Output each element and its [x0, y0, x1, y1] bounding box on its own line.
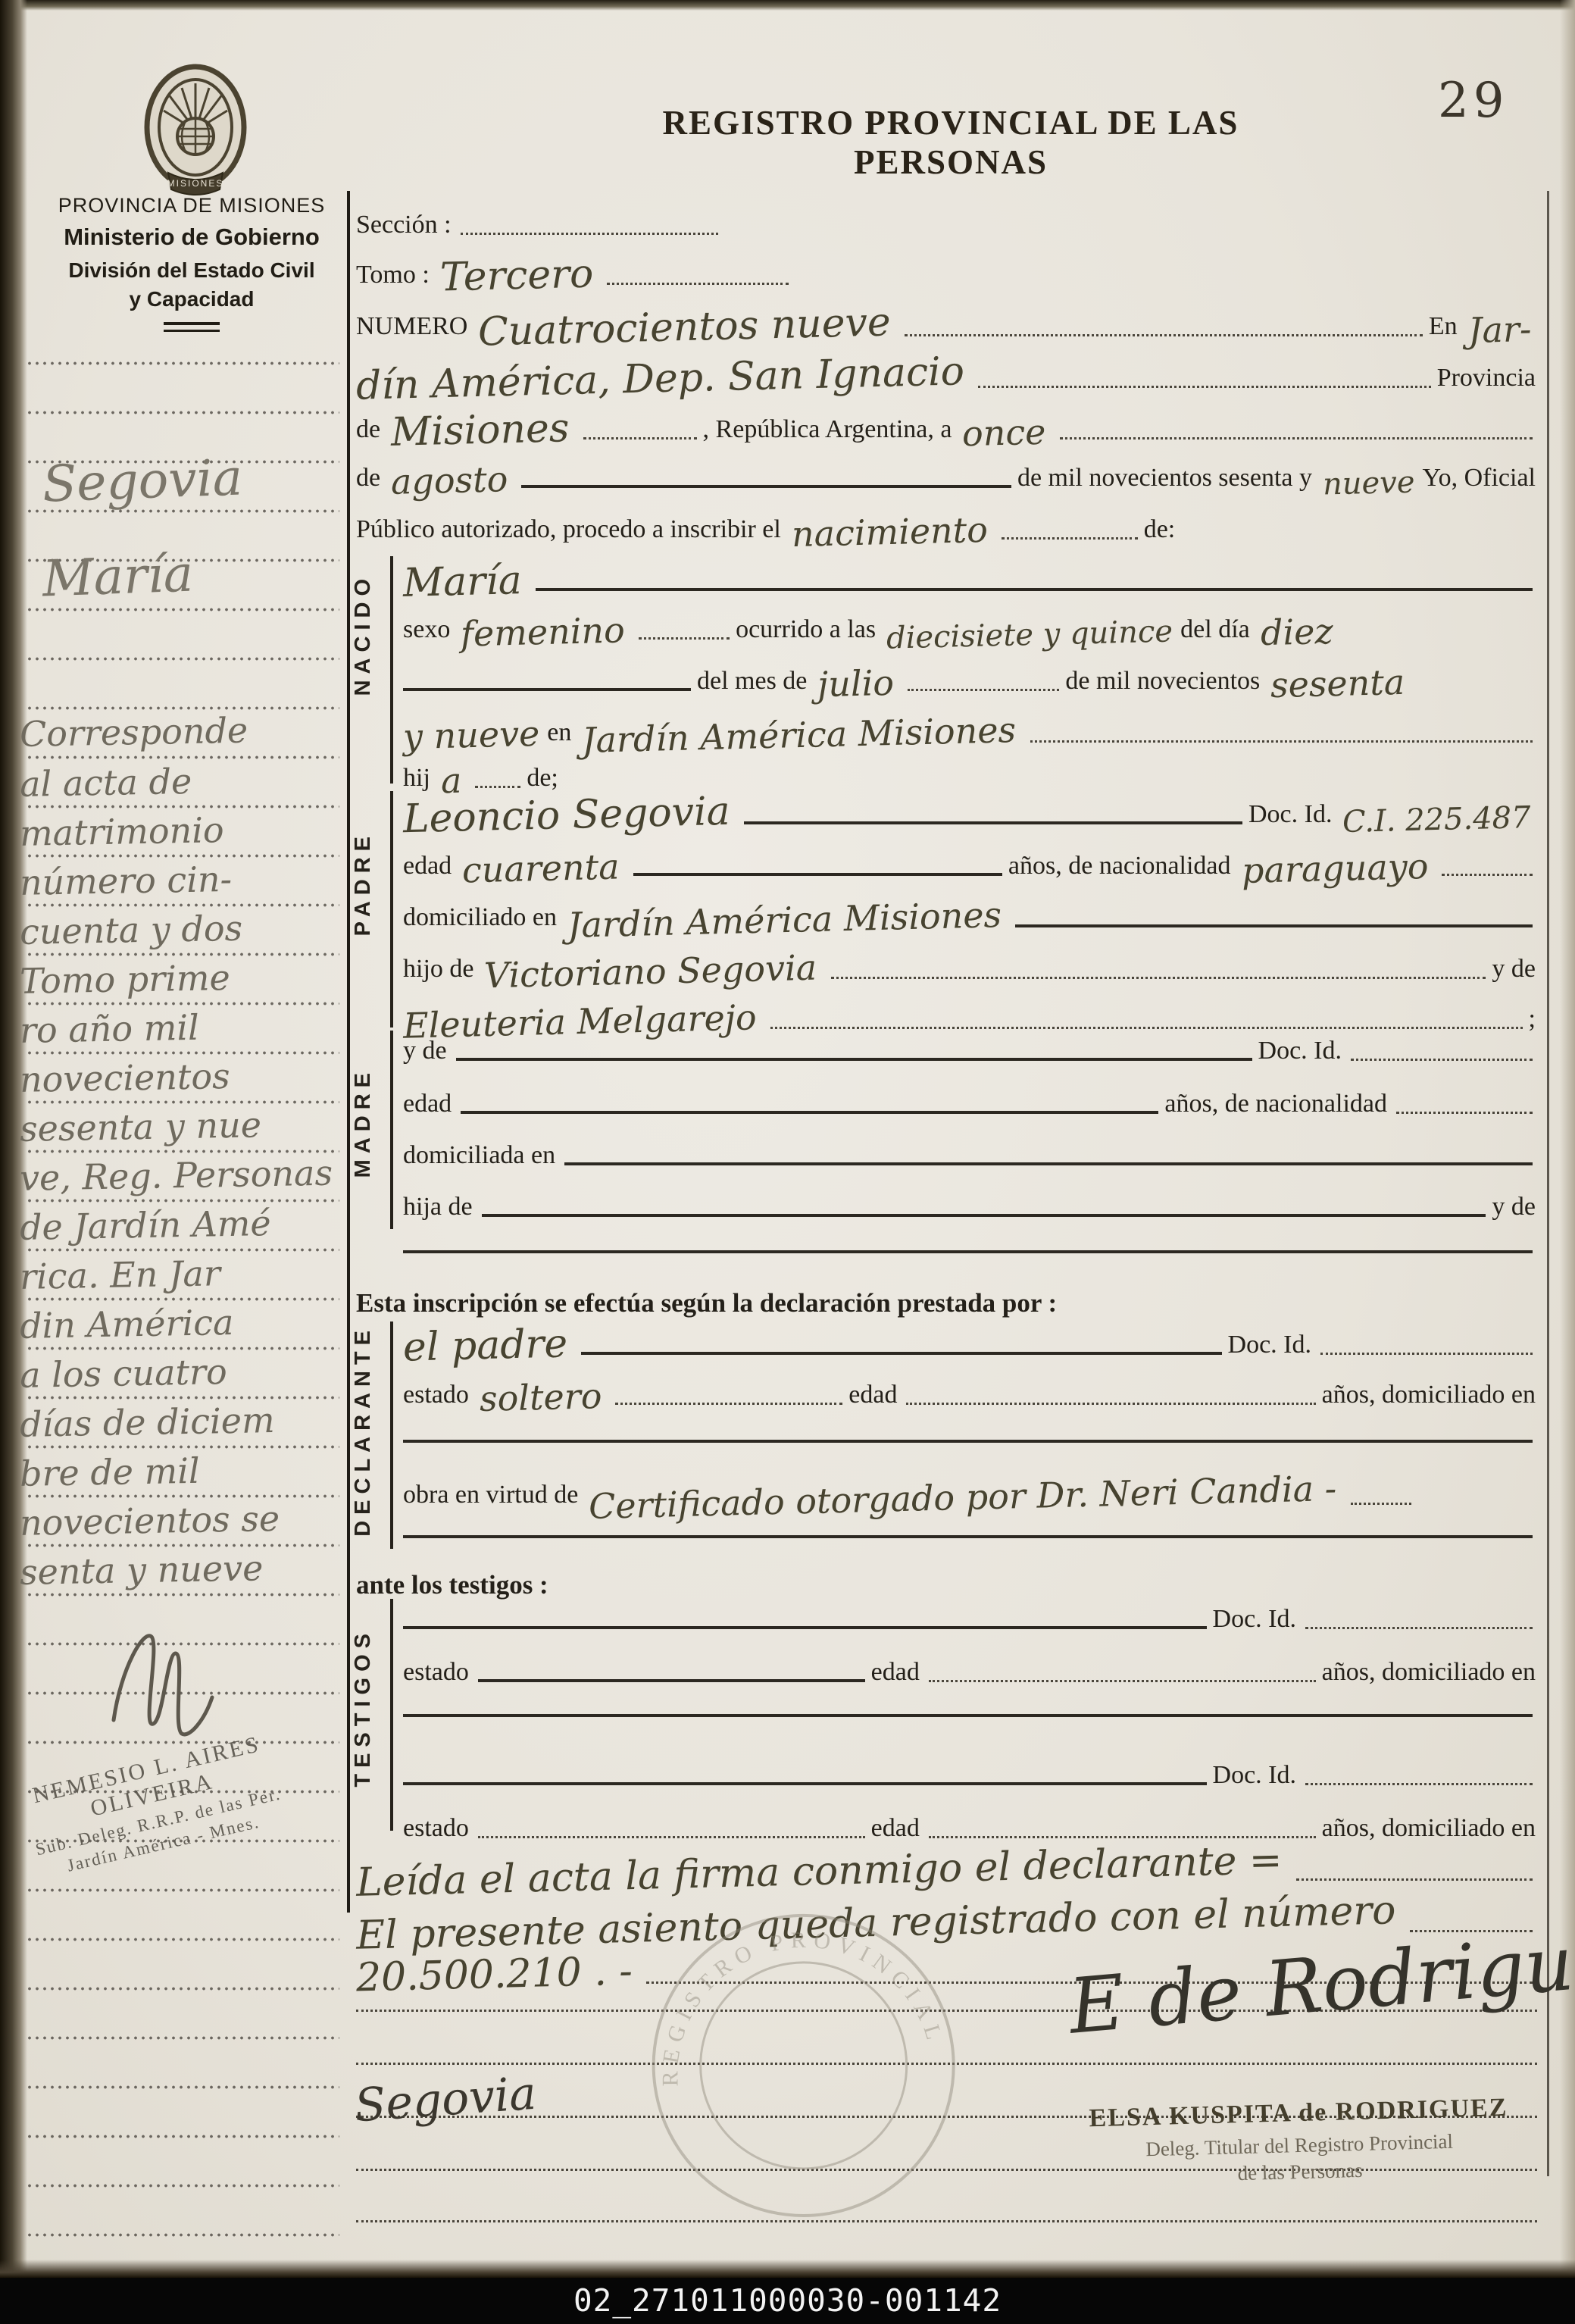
row-madre-blank	[403, 1247, 1539, 1259]
row-testigo1-datos: estado edad años, domiciliado en	[403, 1658, 1539, 1688]
testigo2-edad-label: edad	[871, 1814, 923, 1844]
day-line	[1060, 434, 1533, 439]
hij-line	[475, 783, 520, 788]
row-testigo1: Doc. Id.	[403, 1605, 1539, 1635]
registrant-signature: Segovia	[353, 2067, 538, 2133]
section-label-testigos: TESTIGOS	[351, 1628, 376, 1788]
sexo-label: sexo	[403, 615, 453, 646]
madre-y-de-label: y de	[403, 1037, 450, 1067]
letterhead-ministry: Ministerio de Gobierno	[36, 224, 347, 251]
padre-nac-line	[1442, 871, 1533, 876]
declaracion-intro-label: Esta inscripción se efectúa según la dec…	[356, 1288, 1060, 1320]
margin-note-line: rica. En Jar	[20, 1253, 354, 1294]
de-label: de	[356, 415, 383, 446]
obra-label: obra en virtud de	[403, 1481, 581, 1511]
section-label-madre: MADRE	[351, 1067, 376, 1178]
scan-edge-top	[0, 0, 1575, 11]
margin-note-line: al acta de	[20, 761, 354, 802]
del-dia-label: del día	[1180, 615, 1253, 646]
tomo-label: Tomo :	[356, 261, 433, 291]
padre-edad-line	[633, 870, 1002, 876]
testigo2-dom-label: años, domiciliado en	[1322, 1814, 1539, 1844]
row-declarante-estado: estado soltero edad años, domiciliado en	[403, 1381, 1539, 1411]
padre-nombre-value: Leoncio Segovia	[402, 793, 730, 839]
provincia-line	[583, 434, 697, 439]
declarante-docid-label: Doc. Id.	[1228, 1331, 1314, 1361]
provincial-crest-icon: MISIONES	[129, 58, 262, 206]
section-bracket-testigos	[390, 1599, 393, 1831]
declarante-docid-line	[1320, 1350, 1533, 1355]
margin-flourish	[91, 1606, 227, 1750]
cierre-linea1-line	[1296, 1875, 1533, 1881]
declarante-edad-line	[906, 1400, 1315, 1405]
hij-sufijo-value: a	[440, 765, 461, 798]
declarante-dom-label: años, domiciliado en	[1322, 1381, 1539, 1411]
testigo1-docid-line	[1305, 1624, 1533, 1629]
madre-nombre-line	[456, 1055, 1252, 1061]
place-line	[978, 383, 1431, 388]
row-padre-nombre: Leoncio Segovia Doc. Id. C.I. 225.487	[403, 797, 1539, 830]
row-nacido-sexo: sexo femenino ocurrido a las diecisiete …	[403, 615, 1539, 646]
margin-note-line: ve, Reg. Personas	[20, 1155, 354, 1196]
testigo2-docid-line	[1305, 1780, 1533, 1785]
letterhead-province: PROVINCIA DE MISIONES	[36, 194, 347, 217]
anio2-value: y nueve	[402, 718, 539, 754]
margin-note-line: a los cuatro	[20, 1352, 354, 1393]
row-padre-abuelo: hijo de Victoriano Segovia y de	[403, 955, 1539, 985]
estado-line	[615, 1400, 842, 1405]
hora-value: diecisiete y quince	[886, 617, 1173, 652]
year-word-value: nueve	[1323, 468, 1415, 499]
mes-line	[908, 686, 1059, 691]
margin-note-line: ro año mil	[20, 1007, 354, 1048]
madre-nac-label: años, de nacionalidad	[1164, 1090, 1390, 1120]
abuelo-value: Victoriano Segovia	[484, 952, 817, 993]
declarante-line	[581, 1349, 1221, 1355]
place-value: dín América, Dep. San Ignacio	[356, 353, 965, 405]
month-value: agosto	[391, 463, 508, 499]
ocurrido-label: ocurrido a las	[736, 615, 879, 646]
publico-label: Público autorizado, procedo a inscribir …	[356, 515, 784, 546]
de-colon-label: de:	[1144, 515, 1179, 546]
madre-docid-label: Doc. Id.	[1258, 1037, 1345, 1067]
republica-label: , República Argentina, a	[703, 415, 955, 446]
letterhead-rule	[164, 322, 220, 332]
row-madre-edad: edad años, de nacionalidad	[403, 1090, 1539, 1120]
row-numero: NUMERO Cuatrocientos nueve En Jar-	[356, 309, 1539, 343]
row-madre-domicilio: domiciliada en	[403, 1141, 1539, 1171]
padre-dom-line	[1015, 921, 1533, 927]
margin-note-line: din América	[20, 1303, 354, 1343]
padre-docid-value: C.I. 225.487	[1342, 803, 1531, 837]
madre-dom-line	[564, 1159, 1533, 1165]
madre-abuelo-line	[482, 1211, 1486, 1217]
estado-value: soltero	[479, 1380, 602, 1416]
margin-note-line: Corresponde	[20, 711, 354, 752]
scanned-birth-certificate: REGISTRO PROVINCIAL DE LAS PERSONAS 29 M…	[0, 0, 1575, 2324]
testigo1-nombre-line	[403, 1623, 1207, 1629]
testigos-intro-label: ante los testigos :	[356, 1570, 552, 1602]
row-seccion: Sección :	[356, 211, 826, 241]
column-divider-line	[347, 191, 350, 1913]
row-testigos-intro: ante los testigos :	[356, 1570, 1539, 1602]
testigo1-blank-line	[403, 1711, 1533, 1717]
row-padre-abuela: Eleuteria Melgarejo ;	[403, 1005, 1539, 1035]
de-mil-label: de mil novecientos sesenta y	[1017, 464, 1315, 494]
margin-note-line: número cin-	[20, 859, 354, 900]
testigo1-estado-label: estado	[403, 1658, 472, 1688]
nacido-nombre-line	[536, 585, 1533, 591]
margin-note-line: novecientos se	[20, 1500, 354, 1540]
obra-value: Certificado otorgado por Dr. Neri Candia…	[589, 1472, 1337, 1524]
declarante-blank-line	[403, 1437, 1533, 1443]
officer-stamp-name: ELSA KUSPITA de RODRIGUEZ	[1071, 2093, 1527, 2134]
madre-dom-label: domiciliada en	[403, 1141, 558, 1171]
seccion-blank	[461, 230, 718, 235]
hij-de-label: de;	[527, 764, 561, 794]
anio1-value: sesenta	[1270, 666, 1405, 702]
testigo1-docid-label: Doc. Id.	[1213, 1605, 1299, 1635]
place-overflow-value: Jar-	[1467, 313, 1531, 348]
margin-note-line: bre de mil	[20, 1450, 354, 1491]
round-office-stamp: REGISTRO PROVINCIAL	[606, 1861, 1001, 2262]
declarante-value: el padre	[402, 1325, 567, 1367]
section-bracket-madre	[390, 1031, 393, 1229]
row-obra: obra en virtud de Certificado otorgado p…	[403, 1481, 1539, 1511]
obra-line	[1351, 1500, 1411, 1505]
row-place: dín América, Dep. San Ignacio Provincia	[356, 361, 1539, 394]
form-right-border	[1547, 191, 1549, 2176]
round-stamp-text: REGISTRO PROVINCIAL	[639, 1908, 949, 2089]
hora-cont-line	[403, 685, 691, 691]
row-tomo: Tomo : Tercero	[356, 258, 932, 291]
hij-label: hij	[403, 764, 433, 794]
padre-edad-label: edad	[403, 852, 455, 882]
section-bracket-nacido	[390, 556, 393, 784]
margin-note-line: matrimonio	[20, 810, 354, 851]
numero-line	[905, 331, 1423, 336]
svg-text:REGISTRO PROVINCIAL: REGISTRO PROVINCIAL	[639, 1908, 949, 2089]
padre-dom-label: domiciliado en	[403, 903, 560, 934]
row-obra-blank	[403, 1532, 1539, 1544]
row-declarante-blank	[403, 1437, 1539, 1449]
section-label-declarante: DECLARANTE	[351, 1325, 376, 1537]
padre-nombre-line	[744, 818, 1242, 824]
margin-given-name: María	[42, 545, 195, 608]
officer-stamp: ELSA KUSPITA de RODRIGUEZ Deleg. Titular…	[1071, 2093, 1528, 2190]
paper-bottom-edge	[0, 2260, 1575, 2278]
row-provincia: de Misiones , República Argentina, a onc…	[356, 412, 1539, 446]
row-testigo2: Doc. Id.	[403, 1761, 1539, 1791]
testigo2-estado-label: estado	[403, 1814, 472, 1844]
scan-footer-code: 02_271011000030-001142	[0, 2278, 1575, 2324]
padre-nac-label: años, de nacionalidad	[1008, 852, 1234, 882]
madre-edad-line	[461, 1108, 1158, 1114]
sexo-value: femenino	[461, 615, 626, 652]
row-padre-edad: edad cuarenta años, de nacionalidad para…	[403, 852, 1539, 882]
row-nacido-lugar: y nueve en Jardín América Misiones	[403, 718, 1539, 749]
lugar-line	[1030, 737, 1533, 743]
numero-label: NUMERO	[356, 312, 470, 343]
margin-note-line: de Jardín Amé	[20, 1204, 354, 1245]
testigo2-nombre-line	[403, 1779, 1207, 1785]
estado-label: estado	[403, 1381, 472, 1411]
en-label: En	[1429, 312, 1461, 343]
tomo-value: Tercero	[439, 256, 593, 297]
de-label2: de	[356, 464, 383, 494]
del-mes-label: del mes de	[697, 667, 810, 697]
provincia-value: Misiones	[391, 410, 570, 452]
testigo1-edad-label: edad	[871, 1658, 923, 1688]
madre-docid-line	[1351, 1056, 1533, 1061]
margin-note-line: sesenta y nue	[20, 1106, 354, 1146]
madre-blank-line	[403, 1247, 1533, 1253]
acto-value: nacimiento	[791, 514, 988, 552]
hijo-de-label: hijo de	[403, 955, 477, 985]
margin-note-line: Tomo prime	[20, 958, 354, 999]
row-testigo2-datos: estado edad años, domiciliado en	[403, 1814, 1539, 1844]
mes-value: julio	[817, 667, 895, 702]
letterhead: PROVINCIA DE MISIONES Ministerio de Gobi…	[36, 194, 347, 332]
abuela-line	[770, 1024, 1523, 1029]
cierre-linea3: 20.500.210 . -	[355, 1953, 633, 1997]
row-nacido-mes: del mes de julio de mil novecientos sese…	[403, 667, 1539, 697]
provincia-label: Provincia	[1437, 364, 1539, 394]
yo-oficial-label: Yo, Oficial	[1422, 464, 1539, 494]
testigo1-estado-line	[478, 1676, 865, 1682]
row-testigo1-blank	[403, 1711, 1539, 1723]
row-padre-domicilio: domiciliado en Jardín América Misiones	[403, 903, 1539, 934]
testigo1-edad-line	[929, 1677, 1316, 1682]
padre-docid-label: Doc. Id.	[1248, 800, 1335, 830]
padre-y-de-label: y de	[1492, 955, 1539, 985]
dia-value: diez	[1260, 615, 1333, 650]
lugar-value: Jardín América Misiones	[582, 714, 1017, 758]
testigo2-estado-line	[478, 1833, 865, 1838]
margin-note-line: días de diciem	[20, 1401, 354, 1442]
margin-note-line: senta y nueve	[20, 1549, 354, 1590]
section-bracket-padre	[390, 791, 393, 1028]
tomo-line	[607, 280, 789, 285]
row-madre-abuelos: hija de y de	[403, 1193, 1539, 1223]
padre-nac-value: paraguayo	[1241, 850, 1428, 888]
nacido-nombre-value: María	[402, 562, 522, 602]
sexo-line	[639, 634, 730, 640]
seccion-label: Sección :	[356, 211, 455, 241]
row-nacido-nombre: María	[403, 564, 1539, 597]
letterhead-division2: y Capacidad	[36, 287, 347, 311]
testigo2-docid-label: Doc. Id.	[1213, 1761, 1299, 1791]
obra-blank-line	[403, 1532, 1533, 1538]
testigo1-dom-label: años, domiciliado en	[1322, 1658, 1539, 1688]
padre-edad-value: cuarenta	[462, 851, 620, 888]
madre-edad-label: edad	[403, 1090, 455, 1120]
section-bracket-declarante	[390, 1322, 393, 1549]
nacido-de-mil-label: de mil novecientos	[1065, 667, 1263, 697]
crest-banner-text: MISIONES	[167, 178, 224, 189]
acto-line	[1002, 534, 1138, 540]
document-title: REGISTRO PROVINCIAL DE LAS PERSONAS	[576, 103, 1326, 182]
day-value: once	[962, 415, 1046, 450]
section-label-padre: PADRE	[351, 830, 376, 936]
row-inscripcion: Público autorizado, procedo a inscribir …	[356, 515, 1539, 546]
madre-nac-line	[1396, 1109, 1533, 1114]
numero-value: Cuatrocientos nueve	[478, 304, 892, 352]
section-label-nacido: NACIDO	[351, 573, 376, 696]
month-line	[521, 482, 1011, 488]
row-declarante: el padre Doc. Id.	[403, 1328, 1539, 1361]
margin-surname: Segovia	[42, 448, 244, 513]
margin-note-line: novecientos	[20, 1056, 354, 1097]
padre-semicolon: ;	[1529, 1005, 1539, 1035]
row-declaracion-intro: Esta inscripción se efectúa según la dec…	[356, 1288, 1539, 1320]
hija-de-label: hija de	[403, 1193, 476, 1223]
row-madre-nombre: y de Doc. Id.	[403, 1037, 1539, 1067]
row-fecha: de agosto de mil novecientos sesenta y n…	[356, 464, 1539, 494]
madre-y-de2-label: y de	[1492, 1193, 1539, 1223]
letterhead-division: División del Estado Civil	[36, 258, 347, 283]
padre-dom-value: Jardín América Misiones	[567, 899, 1002, 943]
page-number: 29	[1438, 73, 1508, 129]
margin-note-line: cuenta y dos	[20, 909, 354, 949]
declarante-edad-label: edad	[848, 1381, 900, 1411]
abuelo-line	[831, 974, 1486, 979]
nacido-en-label: en	[547, 718, 574, 749]
